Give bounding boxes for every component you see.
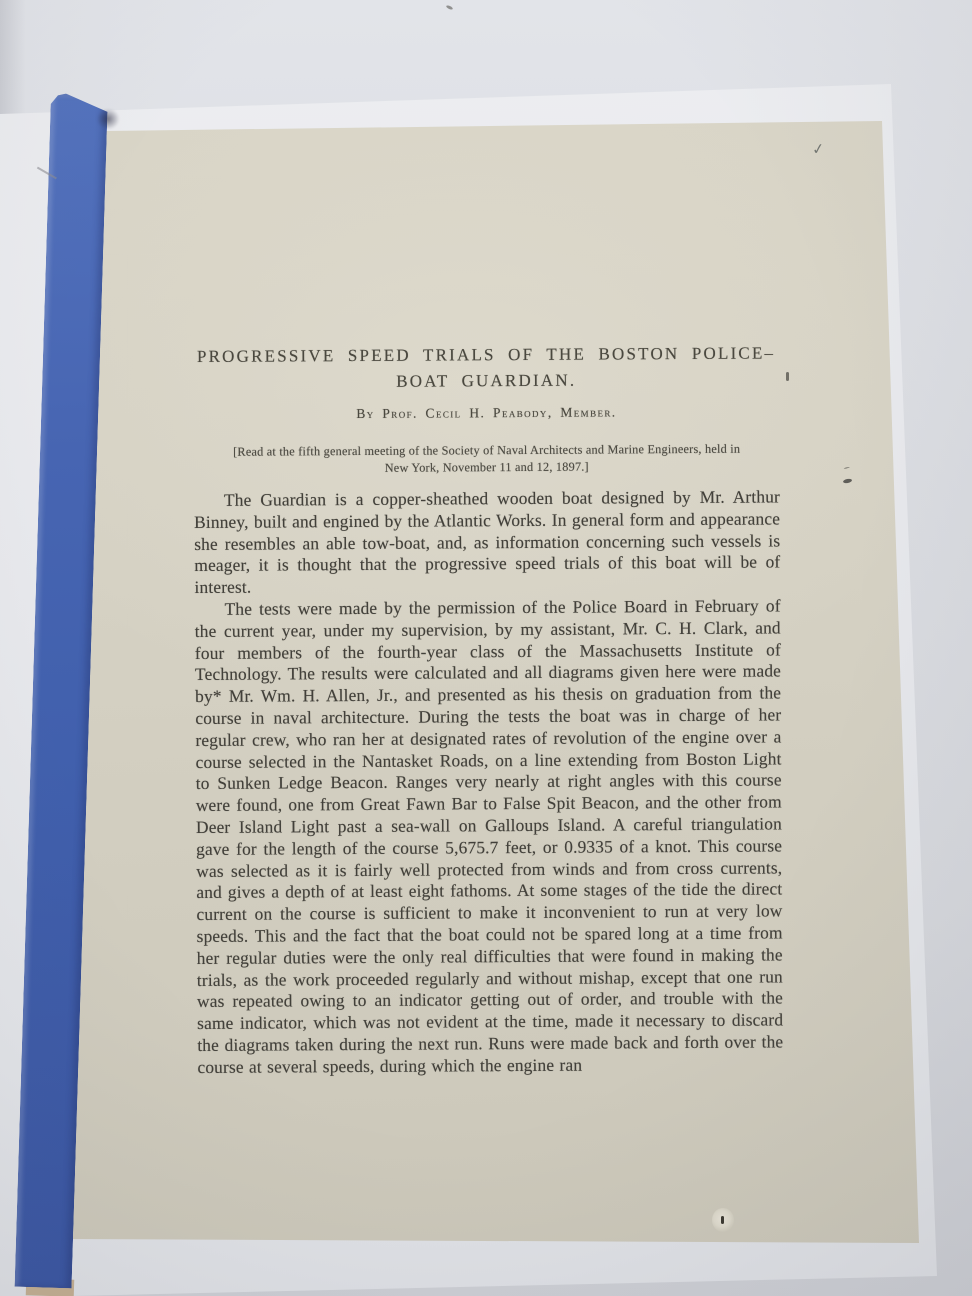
pencil-check-mark: ✓ [811,139,826,160]
photo-backdrop: PROGRESSIVE SPEED TRIALS OF THE BOSTON P… [0,0,972,1296]
corner-shadow-smudge [96,108,120,130]
paragraph-1: The Guardian is a copper-sheathed wooden… [194,486,781,599]
ink-speck-small [786,372,789,381]
title-line-1: PROGRESSIVE SPEED TRIALS OF THE BOSTON P… [193,340,779,370]
dust-speck [446,5,454,11]
page-title: PROGRESSIVE SPEED TRIALS OF THE BOSTON P… [193,340,779,396]
page-content: PROGRESSIVE SPEED TRIALS OF THE BOSTON P… [193,340,783,1078]
note-line-2: New York, November 11 and 12, 1897.] [194,457,780,478]
byline: By Prof. Cecil H. Peabody, Member. [193,403,779,423]
paragraph-2: The tests were made by the permission of… [195,595,784,1078]
note-line-1: [Read at the fifth general meeting of th… [194,440,780,461]
title-line-2: BOAT GUARDIAN. [193,366,779,396]
presentation-note: [Read at the fifth general meeting of th… [194,440,780,478]
binding-hole [712,1208,734,1232]
article-body: The Guardian is a copper-sheathed wooden… [194,486,784,1078]
